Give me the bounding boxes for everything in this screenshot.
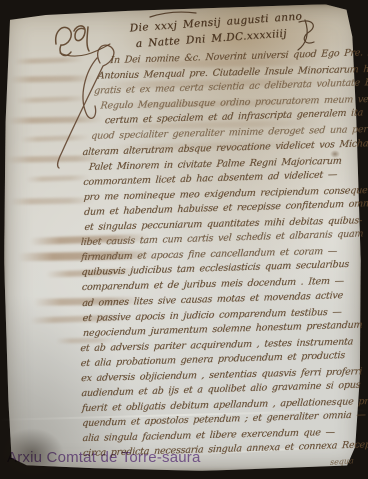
notarial-paraph bbox=[56, 26, 110, 56]
archive-watermark: Arxiu Comtat de Torre-saura bbox=[7, 449, 201, 466]
manuscript-body: In Dei nomine &c. Noverint universi quod… bbox=[80, 49, 368, 463]
scanned-manuscript: Die xxxj Mensij augusti anno a Natte Dni… bbox=[0, 0, 368, 479]
catchword: sequa bbox=[330, 456, 354, 467]
